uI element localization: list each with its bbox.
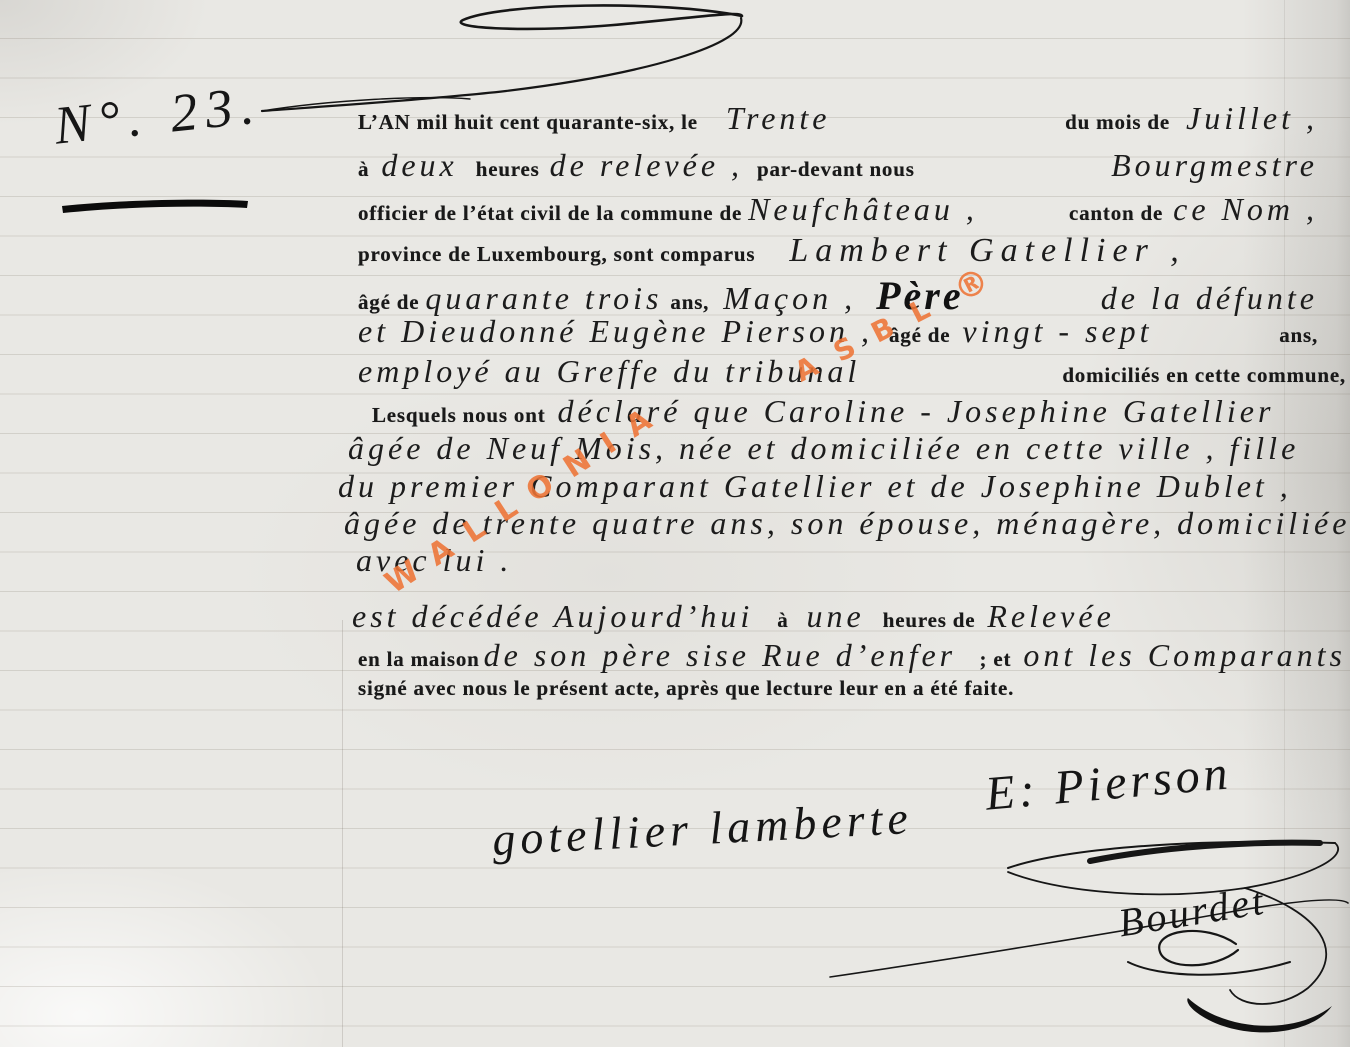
printed-text: domiciliés en cette commune,	[1062, 363, 1346, 388]
bourdet-crescent	[1187, 998, 1332, 1032]
signature-pierson: E: Pierson	[983, 745, 1233, 821]
pierson-paraph-thick	[1090, 843, 1320, 861]
printed-text: âgé de	[889, 323, 950, 348]
handwritten-text: Bourgmestre	[1111, 147, 1318, 184]
printed-text: en la maison	[358, 647, 480, 672]
handwritten-text: deux	[381, 147, 457, 184]
signature-gatellier-lambert: gotellier lamberte	[491, 791, 914, 866]
handwritten-text: déclaré que Caroline - Josephine Gatelli…	[558, 393, 1275, 430]
line-15: signé avec nous le présent acte, après q…	[358, 676, 1318, 701]
handwritten-text: Maçon ,	[723, 280, 856, 317]
handwritten-text: Père	[876, 272, 964, 319]
line-8: Lesquels nous ontdéclaré que Caroline - …	[372, 393, 1318, 430]
line-6: et Dieudonné Eugène Pierson ,âgé devingt…	[358, 313, 1318, 350]
handwritten-text: employé au Greffe du tribunal	[358, 353, 860, 390]
printed-text: heures	[476, 157, 540, 182]
line-12: avec lui .	[356, 542, 1316, 579]
printed-text: heures de	[883, 608, 976, 633]
line-10: du premier Comparant Gatellier et de Jos…	[338, 468, 1298, 505]
civil-register-page: N°. 23. L’AN mil huit cent quarante-six,…	[0, 0, 1350, 1047]
bourdet-underline-long	[830, 900, 1348, 977]
handwritten-text: une	[807, 598, 865, 635]
line-7: employé au Greffe du tribunaldomiciliés …	[358, 353, 1346, 390]
line-2: àdeuxheuresde relevée ,par-devant nousBo…	[358, 147, 1318, 184]
handwritten-text: ont les Comparants	[1023, 637, 1346, 674]
top-flourish-tail	[262, 18, 741, 111]
pierson-paraph-thin	[1008, 842, 1335, 868]
handwritten-text: avec lui .	[356, 542, 512, 579]
handwritten-text: Trente	[726, 100, 831, 137]
handwritten-text: Relevée	[987, 598, 1114, 635]
handwritten-text: âgée de Neuf Mois, née et domiciliée en …	[348, 430, 1299, 467]
handwritten-text: vingt - sept	[962, 313, 1152, 350]
printed-text: signé avec nous le présent acte, après q…	[358, 676, 1014, 701]
handwritten-text: est décédée Aujourd’hui	[352, 598, 753, 635]
printed-text: canton de	[1069, 201, 1163, 226]
line-4: province de Luxembourg, sont comparusLam…	[358, 232, 1318, 270]
printed-text: ans,	[1279, 323, 1318, 348]
line-14: en la maisonde son père sise Rue d’enfer…	[358, 637, 1346, 674]
printed-text: officier de l’état civil de la commune d…	[358, 201, 742, 226]
handwritten-text: quarante trois	[425, 280, 662, 317]
handwritten-text: Neufchâteau ,	[748, 191, 978, 228]
handwritten-text: ce Nom ,	[1173, 191, 1318, 228]
printed-text: ans,	[670, 290, 709, 315]
handwritten-text: de la défunte	[1101, 280, 1318, 317]
top-flourish-loop	[461, 5, 742, 28]
handwritten-text: de relevée ,	[550, 147, 743, 184]
act-number-underline	[62, 200, 248, 213]
line-13: est décédée Aujourd’huiàuneheures deRele…	[352, 598, 1312, 635]
handwritten-text: du premier Comparant Gatellier et de Jos…	[338, 468, 1292, 505]
printed-text: du mois de	[1065, 110, 1170, 135]
signature-bourdet: Bourdet	[1115, 877, 1269, 947]
handwritten-text: de son père sise Rue d’enfer	[484, 637, 956, 674]
printed-text: ; et	[980, 647, 1012, 672]
line-3: officier de l’état civil de la commune d…	[358, 191, 1318, 228]
printed-text: à	[777, 608, 788, 633]
printed-text: L’AN mil huit cent quarante-six, le	[358, 110, 698, 135]
line-1: L’AN mil huit cent quarante-six, leTrent…	[358, 100, 1318, 137]
line-5: âgé dequarante troisans,Maçon ,Pèrede la…	[358, 272, 1318, 319]
line-11: âgée de trente quatre ans, son épouse, m…	[344, 505, 1304, 542]
pierson-paraph-loop	[1008, 843, 1338, 894]
printed-text: province de Luxembourg, sont comparus	[358, 242, 755, 267]
printed-text: par-devant nous	[757, 157, 915, 182]
fold-line-left	[342, 620, 343, 1047]
handwritten-text: âgée de trente quatre ans, son épouse, m…	[344, 505, 1350, 542]
printed-text: Lesquels nous ont	[372, 403, 546, 428]
handwritten-text: Lambert Gatellier ,	[789, 232, 1185, 270]
handwritten-text: et Dieudonné Eugène Pierson ,	[358, 313, 873, 350]
line-9: âgée de Neuf Mois, née et domiciliée en …	[348, 430, 1308, 467]
printed-text: à	[358, 157, 369, 182]
act-number: N°. 23.	[51, 73, 264, 156]
bourdet-curve	[1128, 962, 1290, 975]
printed-text: âgé de	[358, 290, 419, 315]
handwritten-text: Juillet ,	[1186, 100, 1318, 137]
